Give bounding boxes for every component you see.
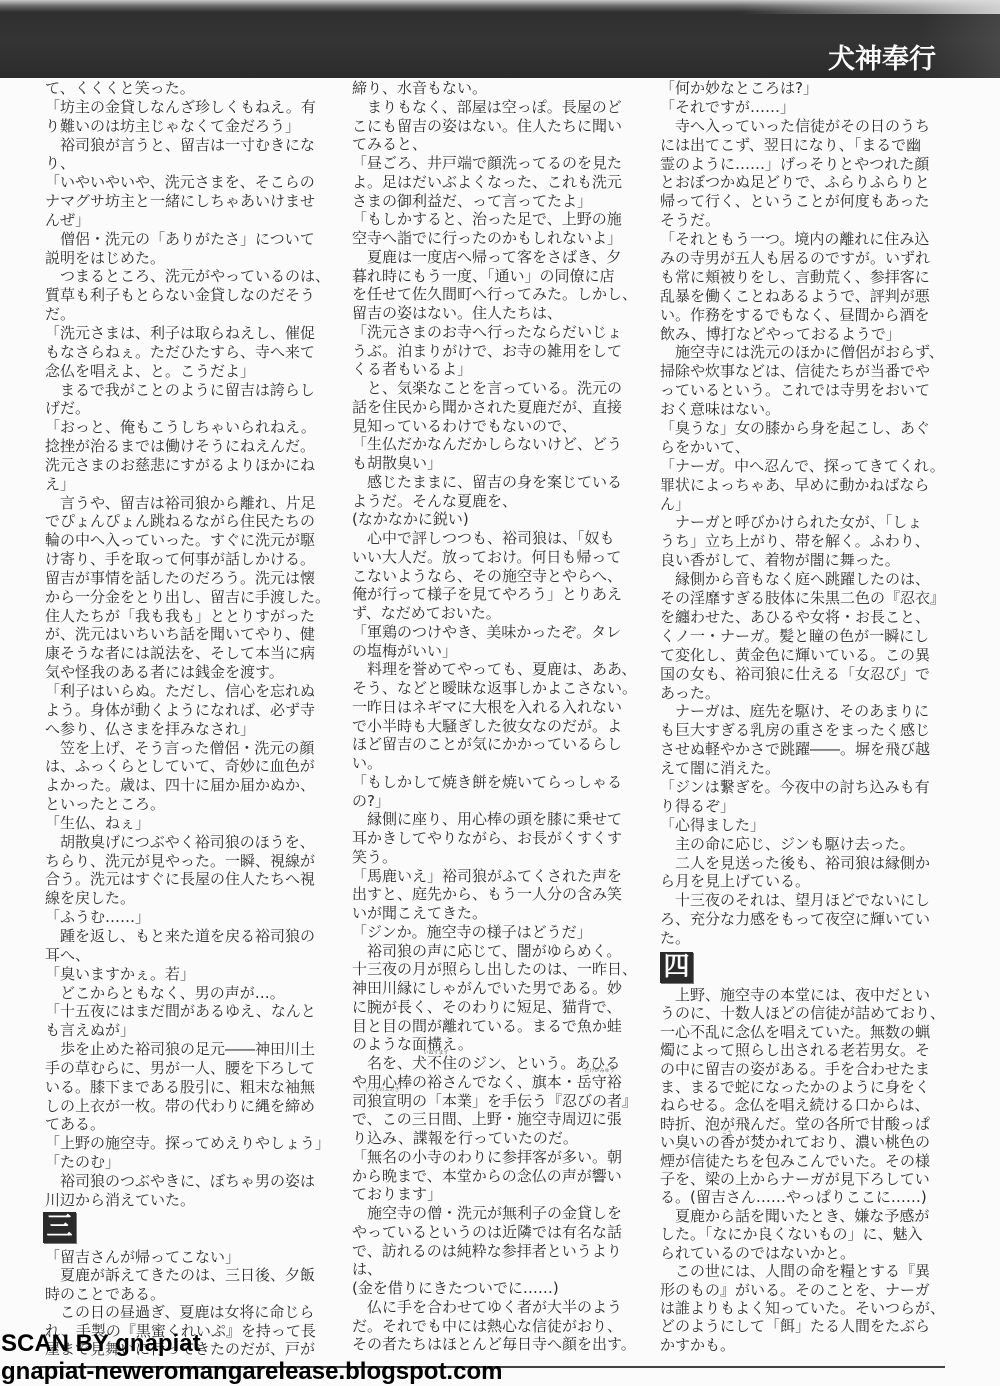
text-line: 川辺から消えていた。 xyxy=(45,1191,345,1210)
text-line: 留吉の姿はない。住人たちは、 xyxy=(352,304,652,323)
text-line: 煙が信徒たちを包みこんでいた。その様 xyxy=(660,1152,960,1170)
text-line: ナマグサ坊主と一緒にしちゃあいけませ xyxy=(45,192,345,211)
text-line: みの寺男が五人も居るのですが。いずれ xyxy=(660,249,960,268)
text-line: 「生仏、ねぇ」 xyxy=(45,814,345,833)
text-line: そうだ。 xyxy=(660,211,960,230)
text-line: その者たちはほとんど毎日寺へ顔を出す。 xyxy=(352,1335,652,1354)
text-line: 僧侶・洗元の「ありがたさ」について xyxy=(45,230,345,249)
text-line: くノ一・ナーガ。髪と瞳の色が一瞬にし xyxy=(660,627,960,646)
text-line: 二人を見送った後も、裕司狼は縁側か xyxy=(660,854,960,873)
text-line: 見知っているわけでもないので、 xyxy=(352,417,652,436)
text-line: よ。足はだいぶよくなった、これも洗元 xyxy=(352,173,652,192)
text-line: おく意味はない。 xyxy=(660,400,960,419)
text-line: で、この三日間、上野・施空寺周辺に張 xyxy=(352,1110,652,1129)
text-line: 「ふうむ……」 xyxy=(45,908,345,927)
text-line: といったところ。 xyxy=(45,795,345,814)
text-line: 合う。洗元はすぐに長屋の住人たちへ視 xyxy=(45,870,345,889)
text-line: (なかなかに鋭い) xyxy=(352,510,652,529)
text-line: げだ。 xyxy=(45,399,345,418)
text-line: 歩を止めた裕司狼の足元――神田川土 xyxy=(45,1040,345,1059)
text-line: ほど留吉のことが気にかかっているらし xyxy=(352,735,652,754)
text-column-2: 締り、水音もない。 まりもなく、部屋は空っぽ。長屋のどこにも留吉の姿はない。住人… xyxy=(352,0,652,1386)
section-number: 四 xyxy=(663,952,689,982)
text-line: どこからともなく、男の声が…。 xyxy=(45,984,345,1003)
text-line: 話を住民から聞かされた夏鹿だが、直接 xyxy=(352,398,652,417)
text-line: この日の昼過ぎ、夏鹿は女将に命じら xyxy=(45,1303,345,1321)
text-line: 裕司狼のつぶやきに、ぼちゃ男の姿は xyxy=(45,1172,345,1191)
text-line: 「たのむ」 xyxy=(45,1153,345,1172)
text-line: も胡散臭い」 xyxy=(352,454,652,473)
text-line: 線を戻した。 xyxy=(45,889,345,908)
text-line: 飲み、博打などやっておるようで」 xyxy=(660,325,960,344)
text-line: てみると、 xyxy=(352,135,652,154)
text-line: 「ジンか。施空寺の様子はどうだ」 xyxy=(352,923,652,942)
text-line: 「それですが……」 xyxy=(660,98,960,117)
text-line: もなさらねぇ。ただひたすら、寺へ来て xyxy=(45,343,345,362)
text-line: 乱暴を働くことねあるようで、評判が悪 xyxy=(660,287,960,306)
text-line: うのに、十数人ほどの信徒が詰めており、 xyxy=(660,1004,960,1022)
text-line: だ。 xyxy=(45,305,345,324)
furigana: いぬすまず xyxy=(415,1050,457,1056)
text-line: のような面構え。 xyxy=(352,1035,652,1054)
text-line: も巨大すぎる乳房の重さをまったく感じ xyxy=(660,721,960,740)
text-line: り難いのは坊主じゃなくて金だろう」 xyxy=(45,117,345,136)
text-line: らをかいて、 xyxy=(660,438,960,457)
text-line: の?」 xyxy=(352,792,652,811)
text-line: け寄り、手を取って何事が話しかける。 xyxy=(45,550,345,569)
text-line: いい大人だ。放っておけ。何日も帰って xyxy=(352,548,652,567)
text-line: さまの御利益だ、って言ってたよ」 xyxy=(352,192,652,211)
section-marker-three: 三 xyxy=(43,1212,76,1243)
text-line: えて闇に消えた。 xyxy=(660,759,960,778)
text-line: 十三夜の月が照らし出したのは、一昨日、 xyxy=(352,960,652,979)
text-line: へ参り、仏さまを拝みなされ」 xyxy=(45,720,345,739)
text-line: で小半時も大騒ぎした彼女なのだが。よ xyxy=(352,717,652,736)
text-line: い。 xyxy=(352,754,652,773)
text-line: に腕が長く、そのわりに短足、猫背で、 xyxy=(352,998,652,1017)
text-line: 夏鹿から話を聞いたとき、嫌な予感が xyxy=(660,1207,960,1225)
text-block: て、くくくと笑った。「坊主の金貸しなんざ珍しくもねえ。有り難いのは坊主じゃなくて… xyxy=(45,79,345,1210)
text-line: まるで我がことのように留吉は誇らし xyxy=(45,381,345,400)
text-line: まりもなく、部屋は空っぽ。長屋のど xyxy=(352,98,652,117)
text-line: 俺が行って様子を見てやろう」とりあえ xyxy=(352,585,652,604)
text-line: その淫靡すぎる肢体に朱黒二色の『忍衣』 xyxy=(660,589,960,608)
text-line: んぜ」 xyxy=(45,211,345,230)
text-line: も常に頬被りをし、言動荒く、参拝客に xyxy=(660,268,960,287)
text-line: 念仏を唱えよ、と。こうだよ」 xyxy=(45,362,345,381)
text-line: 施空寺には洗元のほかに僧侶がおらず、 xyxy=(660,343,960,362)
text-line: て、くくくと笑った。 xyxy=(45,79,345,98)
text-line: 「洗元さまのお寺へ行ったならだいじょ xyxy=(352,323,652,342)
text-line: り得るぞ」 xyxy=(660,797,960,816)
text-line: 一心不乱に念仏を唱えていた。無数の蝋 xyxy=(660,1023,960,1041)
text-line: 縁側に座り、用心棒の頭を膝に乗せて xyxy=(352,810,652,829)
text-line: い臭いの香が焚かれており、濃い桃色の xyxy=(660,1133,960,1151)
text-line: 笑う。 xyxy=(352,848,652,867)
text-line: ま、まるで蛇になったかのように身をく xyxy=(660,1078,960,1096)
text-line: は、ふっくらとしていて、奇妙に血色が xyxy=(45,757,345,776)
text-line: こにも留吉の姿はない。住人たちに聞い xyxy=(352,117,652,136)
text-line: 洗元さまのお慈悲にすがるよりほかにね xyxy=(45,456,345,475)
text-line: 「それともう一つ。境内の離れに住み込 xyxy=(660,230,960,249)
text-line: ちらり、洗元が見やった。一瞬、視線が xyxy=(45,852,345,871)
text-line: を任せて佐久間町へ行ってみた。しかし、 xyxy=(352,285,652,304)
text-line: 夏鹿が訴えてきたのは、三日後、夕飯 xyxy=(45,1266,345,1284)
furigana: たけがみゆう xyxy=(577,1068,622,1074)
text-line: 「もしかすると、治った足で、上野の施 xyxy=(352,210,652,229)
text-line: 子を、梁の上からナーガが見下ろしてい xyxy=(660,1170,960,1188)
text-line: 仏に手を合わせてゆく者が大半のよう xyxy=(352,1298,652,1317)
text-line: 寺へ入っていった信徒がその日のうち xyxy=(660,117,960,136)
text-line: 耳かきしてやりながら、お長がくすくす xyxy=(352,829,652,848)
text-line: 目と目の間が離れている。まるで魚か蛙 xyxy=(352,1017,652,1036)
text-line: でぴょんぴょん跳ねるながら住民たちの xyxy=(45,512,345,531)
text-line: 康そうな者には説法を、そして本当に病 xyxy=(45,644,345,663)
text-line: から晩まで、本堂からの念仏の声が響い xyxy=(352,1167,652,1186)
text-line: 「ナーガ。中へ忍んで、探ってきてくれ。 xyxy=(660,457,960,476)
text-line: 住人たちが「我も我も」ととりすがった xyxy=(45,607,345,626)
text-line: 「洗元さまは、利子は取らねえし、催促 xyxy=(45,324,345,343)
text-line: の中に留吉の姿がある。手を合わせたま xyxy=(660,1060,960,1078)
text-line: とおぼつかぬ足どりで、ふらりふらりと xyxy=(660,173,960,192)
text-line: 「無名の小寺のわりに参拝客が多い。朝 xyxy=(352,1148,652,1167)
text-line: よう。身体が動くようになれば、必ず寺 xyxy=(45,701,345,720)
section-number: 三 xyxy=(46,1212,72,1242)
text-line: 「留吉さんが帰ってこない」 xyxy=(45,1248,345,1266)
text-line: (金を借りにきたついでに……) xyxy=(352,1279,652,1298)
text-line: 輪の中へ入っていった。すぐに洗元が駆 xyxy=(45,531,345,550)
text-line: られているのではないかと。 xyxy=(660,1244,960,1262)
text-line: 留吉が事情を話したのだろう。洗元は懐 xyxy=(45,569,345,588)
section-marker-four: 四 xyxy=(660,952,693,983)
text-line: 「生仏だかなんだかしらないけど、どう xyxy=(352,435,652,454)
text-line: 心中で評しつつも、裕司狼は、「奴も xyxy=(352,529,652,548)
text-line: 上野、施空寺の本堂には、夜中だとい xyxy=(660,986,960,1004)
scan-credit-watermark: SCAN BY gnapiat xyxy=(1,1331,201,1357)
text-line: かすかも。 xyxy=(660,1336,960,1354)
text-line: 良い香がして、着物が闇に舞った。 xyxy=(660,551,960,570)
text-line: 主の命に応じ、ジンも駆け去った。 xyxy=(660,835,960,854)
text-line: ねらせる。念仏を唱え続ける口からは、 xyxy=(660,1096,960,1114)
text-line: 料理を誉めてやっても、夏鹿は、ああ、 xyxy=(352,660,652,679)
text-block: 締り、水音もない。 まりもなく、部屋は空っぽ。長屋のどこにも留吉の姿はない。住人… xyxy=(352,79,652,1354)
text-line: だ。それでも中には熱心な信徒がおり、 xyxy=(352,1317,652,1336)
text-line: 胡散臭げにつぶやく裕司狼のほうを、 xyxy=(45,833,345,852)
blog-url-watermark: gnapiat-neweromangarelease.blogspot.com xyxy=(1,1359,502,1385)
text-line: 気や怪我のある者には銭金を渡す。 xyxy=(45,663,345,682)
text-line: ナーガと呼びかけられた女が、「しょ xyxy=(660,513,960,532)
text-line: どのようにして「餌」たる人間をたぶら xyxy=(660,1317,960,1335)
text-line: で、訪れるのは純粋な参拝者というより xyxy=(352,1242,652,1261)
text-line: ております」 xyxy=(352,1185,652,1204)
text-line: 十三夜のそれは、望月ほどでないにし xyxy=(660,891,960,910)
text-line: 一昨日はネギマに大根を入れる入れない xyxy=(352,698,652,717)
text-line: 空寺へ詣でに行ったのかもしれないよ」 xyxy=(352,229,652,248)
text-line: 「心得ました」 xyxy=(660,816,960,835)
text-line: 説明をはじめた。 xyxy=(45,249,345,268)
text-line: る。(留吉さん……やっぱりここに……) xyxy=(660,1188,960,1206)
text-line: くる者もいるよ」 xyxy=(352,360,652,379)
text-line: ろ、充分な力感をもって夜空に輝いてい xyxy=(660,910,960,929)
text-line: は、 xyxy=(352,1260,652,1279)
text-line: ん」 xyxy=(660,495,960,514)
text-line: を纏わせた、あひるや女将・お長こと、 xyxy=(660,608,960,627)
text-column-3: 「何か妙なところは?」「それですが……」 寺へ入っていった信徒がその日のうちには… xyxy=(660,0,960,1386)
text-line: 裕司狼の声に応じて、闇がゆらめく。 xyxy=(352,942,652,961)
text-line: から一分金をとり出し、留吉に手渡した。 xyxy=(45,588,345,607)
text-line: て変化し、黄金色に輝いている。この異 xyxy=(660,646,960,665)
text-line: ナーガは、庭先を駆け、そのあまりに xyxy=(660,702,960,721)
text-line: 「軍鶏のつけやき、美味かったぞ。タレ xyxy=(352,623,652,642)
text-line: 言うや、留吉は裕司狼から離れ、片足 xyxy=(45,494,345,513)
text-line: 時のことである。 xyxy=(45,1285,345,1303)
text-line: 燭によって照らし出される老若男女。そ xyxy=(660,1041,960,1059)
text-block: 「何か妙なところは?」「それですが……」 寺へ入っていった信徒がその日のうちには… xyxy=(660,79,960,948)
text-line: やっているというのは近隣では有名な話 xyxy=(352,1223,652,1242)
text-line: そう、などと曖昧な返事しかよこさない。 xyxy=(352,679,652,698)
text-line: 「昼ごろ、井戸端で顔洗ってるのを見た xyxy=(352,154,652,173)
text-line: 「上野の施空寺。探ってめえりやしょう」 xyxy=(45,1134,345,1153)
text-line: つまるところ、洗元がやっているのは、 xyxy=(45,267,345,286)
text-line: 質草も利子もとらない金貸しなのだそう xyxy=(45,286,345,305)
text-line: よかった。歳は、四十に届か届かぬか、 xyxy=(45,776,345,795)
text-line: 耳へ、 xyxy=(45,946,345,965)
text-line: しの上衣が一枚。帯の代わりに縄を締め xyxy=(45,1097,345,1116)
text-line: が、洗元はいちいち話を聞いてやり、健 xyxy=(45,625,345,644)
text-block: 上野、施空寺の本堂には、夜中だというのに、十数人ほどの信徒が詰めており、一心不乱… xyxy=(660,986,960,1354)
text-line: 「いやいやいや、洗元さまを、そこらの xyxy=(45,173,345,192)
furigana: こう xyxy=(718,1130,736,1136)
text-line: 神田川縁にしゃがんでいた男である。妙 xyxy=(352,979,652,998)
text-line: 司狼宣明の「本業」を手伝う『忍びの者』 xyxy=(352,1092,652,1111)
text-line: 出すと、庭先から、もう一人分の含み笑 xyxy=(352,885,652,904)
text-line: あった。 xyxy=(660,684,960,703)
text-line: 「馬鹿いえ」裕司狼がふてくされた声を xyxy=(352,867,652,886)
text-line: 踵を返し、もと来た道を戻る裕司狼の xyxy=(45,927,345,946)
text-line: この世には、人間の命を糧とする『異 xyxy=(660,1262,960,1280)
text-line: 「臭いますかぇ。若」 xyxy=(45,965,345,984)
text-line: 「ジンは繋ぎを。今夜中の討ち込みも有 xyxy=(660,778,960,797)
text-line: っているという。これでは寺男をおいて xyxy=(660,381,960,400)
text-line: いる。膝下まである股引に、粗末な袖無 xyxy=(45,1078,345,1097)
text-line: 「おっと、俺もこうしちゃいられねえ。 xyxy=(45,418,345,437)
text-line: 施空寺の僧・洗元が無利子の金貸しを xyxy=(352,1204,652,1223)
text-line: 「十五夜にはまだ間があるゆえ、なんと xyxy=(45,1002,345,1021)
text-line: ようだ。そんな夏鹿を、 xyxy=(352,492,652,511)
text-line: 笠を上げ、そう言った僧侶・洗元の顔 xyxy=(45,739,345,758)
text-line: の塩梅がいい」 xyxy=(352,642,652,661)
text-line: え」 xyxy=(45,475,345,494)
text-line: り込み、諜報を行っていたのだ。 xyxy=(352,1129,652,1148)
text-line: い。作務をするでもなく、昼間から酒を xyxy=(660,306,960,325)
text-line: いが聞こえてきた。 xyxy=(352,904,652,923)
furigana: しろうのぶあき xyxy=(352,1087,412,1093)
text-line: てある。 xyxy=(45,1115,345,1134)
text-line: 「利子はいらぬ。ただし、信心を忘れぬ xyxy=(45,682,345,701)
text-line: 「臭うな」女の膝から身を起こし、あぐ xyxy=(660,419,960,438)
text-line: した。「なにか良くないもの」に、魅入 xyxy=(660,1225,960,1243)
text-line: た。 xyxy=(660,929,960,948)
text-line: 帰って行く、ということが何度もあった xyxy=(660,192,960,211)
text-line: 「何か妙なところは?」 xyxy=(660,79,960,98)
text-line: 時折、泡が飛んだ。堂の各所で甘酸っぱ xyxy=(660,1115,960,1133)
text-column-1: て、くくくと笑った。「坊主の金貸しなんざ珍しくもねえ。有り難いのは坊主じゃなくて… xyxy=(45,0,345,1386)
text-line: うち」立ち上がり、帯を解く。ふわり、 xyxy=(660,532,960,551)
text-line: ら月を見上げている。 xyxy=(660,872,960,891)
text-line: 暮れ時にもう一度、「通い」の同僚に店 xyxy=(352,267,652,286)
text-line: には出てこず、翌日になり、「まるで幽 xyxy=(660,136,960,155)
text-line: ず、なだめておいた。 xyxy=(352,604,652,623)
text-line: 締り、水音もない。 xyxy=(352,79,652,98)
text-line: こないようなら、その施空寺とやらへ、 xyxy=(352,567,652,586)
text-line: させぬ軽やかさで跳躍――。塀を飛び越 xyxy=(660,740,960,759)
text-line: 捻挫が治るまでは働けそうにねえんだ。 xyxy=(45,437,345,456)
text-line: うぶ。泊まりがけで、お寺の雑用をして xyxy=(352,342,652,361)
text-line: 霊のように……」げっそりとやつれた顔 xyxy=(660,155,960,174)
text-line: は誰よりもよく知っていた。そいつらが、 xyxy=(660,1299,960,1317)
text-line: 形のもの』がいる。そのことを、ナーガ xyxy=(660,1281,960,1299)
text-line: 裕司狼が言うと、留吉は一寸むきにな xyxy=(45,136,345,155)
text-line: 感じたままに、留吉の身を案じている xyxy=(352,473,652,492)
text-line: 罪状によっちゃあ、早めに動かねばなら xyxy=(660,476,960,495)
text-line: 夏鹿は一度店へ帰って客をさばき、夕 xyxy=(352,248,652,267)
text-line: も言えぬが」 xyxy=(45,1021,345,1040)
text-line: り、 xyxy=(45,154,345,173)
text-line: 掃除や炊事などは、信徒たちが当番でや xyxy=(660,362,960,381)
text-line: 「もしかして焼き餅を焼いてらっしゃる xyxy=(352,773,652,792)
text-line: 国の女も、裕司狼に仕える「女忍び」で xyxy=(660,665,960,684)
text-line: 縁側から音もなく庭へ跳躍したのは、 xyxy=(660,570,960,589)
text-line: と、気楽なことを言っている。洗元の xyxy=(352,379,652,398)
text-line: 手の草むらに、男が一人、腰を下ろして xyxy=(45,1059,345,1078)
text-line: 「坊主の金貸しなんざ珍しくもねえ。有 xyxy=(45,98,345,117)
